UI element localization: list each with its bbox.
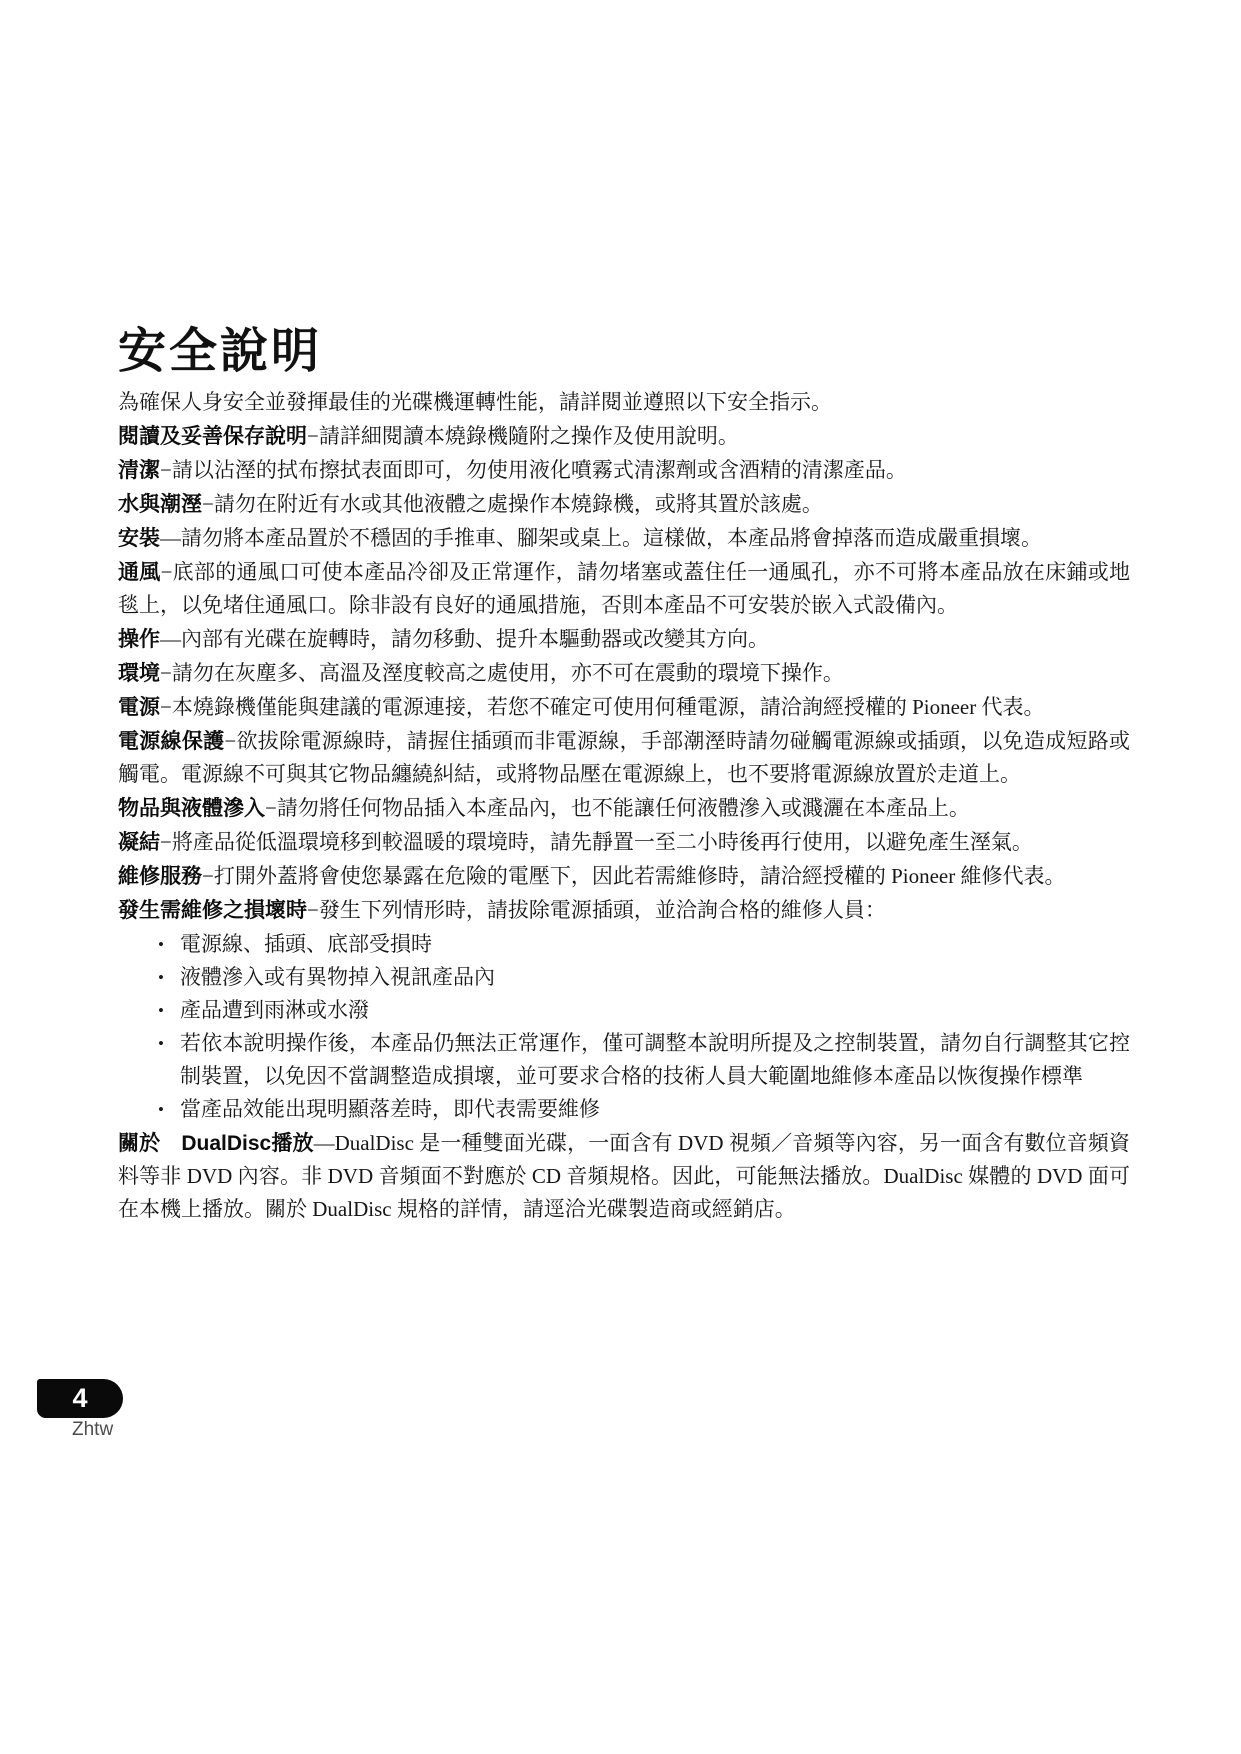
section-term: 凝結 [118,831,160,854]
damage-condition-item: 液體滲入或有異物掉入視訊產品內 [118,961,1130,994]
safety-paragraph: 清潔−請以沾溼的拭布擦拭表面即可，勿使用液化噴霧式清潔劑或含酒精的清潔產品。 [118,454,1130,487]
section-text: −請以沾溼的拭布擦拭表面即可，勿使用液化噴霧式清潔劑或含酒精的清潔產品。 [160,458,907,482]
section-text: −底部的通風口可使本產品冷卻及正常運作，請勿堵塞或蓋住任一通風孔，亦不可將本產品… [118,560,1130,617]
safety-paragraph: 發生需維修之損壞時−發生下列情形時，請拔除電源插頭，並洽詢合格的維修人員： [118,894,1130,927]
manual-page: 安全說明 為確保人身安全並發揮最佳的光碟機運轉性能，請詳閱並遵照以下安全指示。 … [0,0,1241,1754]
section-term: 發生需維修之損壞時 [118,899,307,922]
damage-condition-item: 電源線、插頭、底部受損時 [118,928,1130,961]
section-term: 水與潮溼 [118,493,202,516]
section-term: 安裝 [118,527,160,550]
section-text: −請勿在灰塵多、高溫及溼度較高之處使用，亦不可在震動的環境下操作。 [160,661,844,685]
section-text: −請勿在附近有水或其他液體之處操作本燒錄機，或將其置於該處。 [202,492,823,516]
page-title: 安全說明 [118,326,1130,378]
safety-paragraph: 電源線保護−欲拔除電源線時，請握住插頭而非電源線，手部潮溼時請勿碰觸電源線或插頭… [118,725,1130,791]
safety-paragraph: 電源−本燒錄機僅能與建議的電源連接，若您不確定可使用何種電源，請洽詢經授權的 P… [118,691,1130,724]
page-number-badge: 4 [37,1379,123,1418]
damage-conditions-list: 電源線、插頭、底部受損時液體滲入或有異物掉入視訊產品內產品遭到雨淋或水潑若依本說… [118,928,1130,1126]
section-term: 電源 [118,696,160,719]
section-text: −將產品從低溫環境移到較溫暖的環境時，請先靜置一至二小時後再行使用，以避免產生溼… [160,830,1033,854]
section-text: −請勿將任何物品插入本產品內，也不能讓任何液體滲入或濺灑在本產品上。 [265,796,970,820]
page-content: 安全說明 為確保人身安全並發揮最佳的光碟機運轉性能，請詳閱並遵照以下安全指示。 … [118,326,1130,1227]
safety-paragraph: 閱讀及妥善保存說明−請詳細閱讀本燒錄機隨附之操作及使用說明。 [118,420,1130,453]
section-text: −請詳細閱讀本燒錄機隨附之操作及使用說明。 [307,424,739,448]
section-text: −發生下列情形時，請拔除電源插頭，並洽詢合格的維修人員： [307,898,886,922]
safety-paragraph: 操作—內部有光碟在旋轉時，請勿移動、提升本驅動器或改變其方向。 [118,623,1130,656]
damage-condition-item: 若依本說明操作後，本產品仍無法正常運作，僅可調整本說明所提及之控制裝置，請勿自行… [118,1027,1130,1093]
section-text: −欲拔除電源線時，請握住插頭而非電源線，手部潮溼時請勿碰觸電源線或插頭，以免造成… [118,729,1130,786]
section-text: −本燒錄機僅能與建議的電源連接，若您不確定可使用何種電源，請洽詢經授權的 Pio… [160,695,1045,719]
safety-paragraph: 凝結−將產品從低溫環境移到較溫暖的環境時，請先靜置一至二小時後再行使用，以避免產… [118,826,1130,859]
safety-paragraph: 通風−底部的通風口可使本產品冷卻及正常運作，請勿堵塞或蓋住任一通風孔，亦不可將本… [118,556,1130,622]
section-term: 清潔 [118,459,160,482]
section-term: 物品與液體滲入 [118,797,265,820]
intro-text: 為確保人身安全並發揮最佳的光碟機運轉性能，請詳閱並遵照以下安全指示。 [118,386,1130,419]
safety-paragraph: 水與潮溼−請勿在附近有水或其他液體之處操作本燒錄機，或將其置於該處。 [118,488,1130,521]
section-term: 維修服務 [118,865,202,888]
safety-paragraph: 維修服務−打開外蓋將會使您暴露在危險的電壓下，因此若需維修時，請洽經授權的 Pi… [118,860,1130,893]
safety-paragraph: 環境−請勿在灰塵多、高溫及溼度較高之處使用，亦不可在震動的環境下操作。 [118,657,1130,690]
section-text: —請勿將本產品置於不穩固的手推車、腳架或桌上。這樣做，本產品將會掉落而造成嚴重損… [160,526,1042,550]
section-term: 電源線保護 [118,730,224,753]
page-number: 4 [72,1383,87,1414]
damage-condition-item: 當產品效能出現明顯落差時，即代表需要維修 [118,1093,1130,1126]
damage-condition-item: 產品遭到雨淋或水潑 [118,994,1130,1027]
section-term: 環境 [118,662,160,685]
section-term: 關於 DualDisc播放 [118,1132,314,1155]
safety-sections: 閱讀及妥善保存說明−請詳細閱讀本燒錄機隨附之操作及使用說明。清潔−請以沾溼的拭布… [118,420,1130,1226]
section-text: —內部有光碟在旋轉時，請勿移動、提升本驅動器或改變其方向。 [160,627,769,651]
section-term: 閱讀及妥善保存說明 [118,425,307,448]
section-term: 操作 [118,628,160,651]
safety-paragraph: 關於 DualDisc播放—DualDisc 是一種雙面光碟，一面含有 DVD … [118,1127,1130,1226]
safety-paragraph: 物品與液體滲入−請勿將任何物品插入本產品內，也不能讓任何液體滲入或濺灑在本產品上… [118,792,1130,825]
section-term: 通風 [118,561,161,584]
safety-paragraph: 安裝—請勿將本產品置於不穩固的手推車、腳架或桌上。這樣做，本產品將會掉落而造成嚴… [118,522,1130,555]
section-text: −打開外蓋將會使您暴露在危險的電壓下，因此若需維修時，請洽經授權的 Pionee… [202,864,1066,888]
language-code: Zhtw [72,1419,113,1441]
